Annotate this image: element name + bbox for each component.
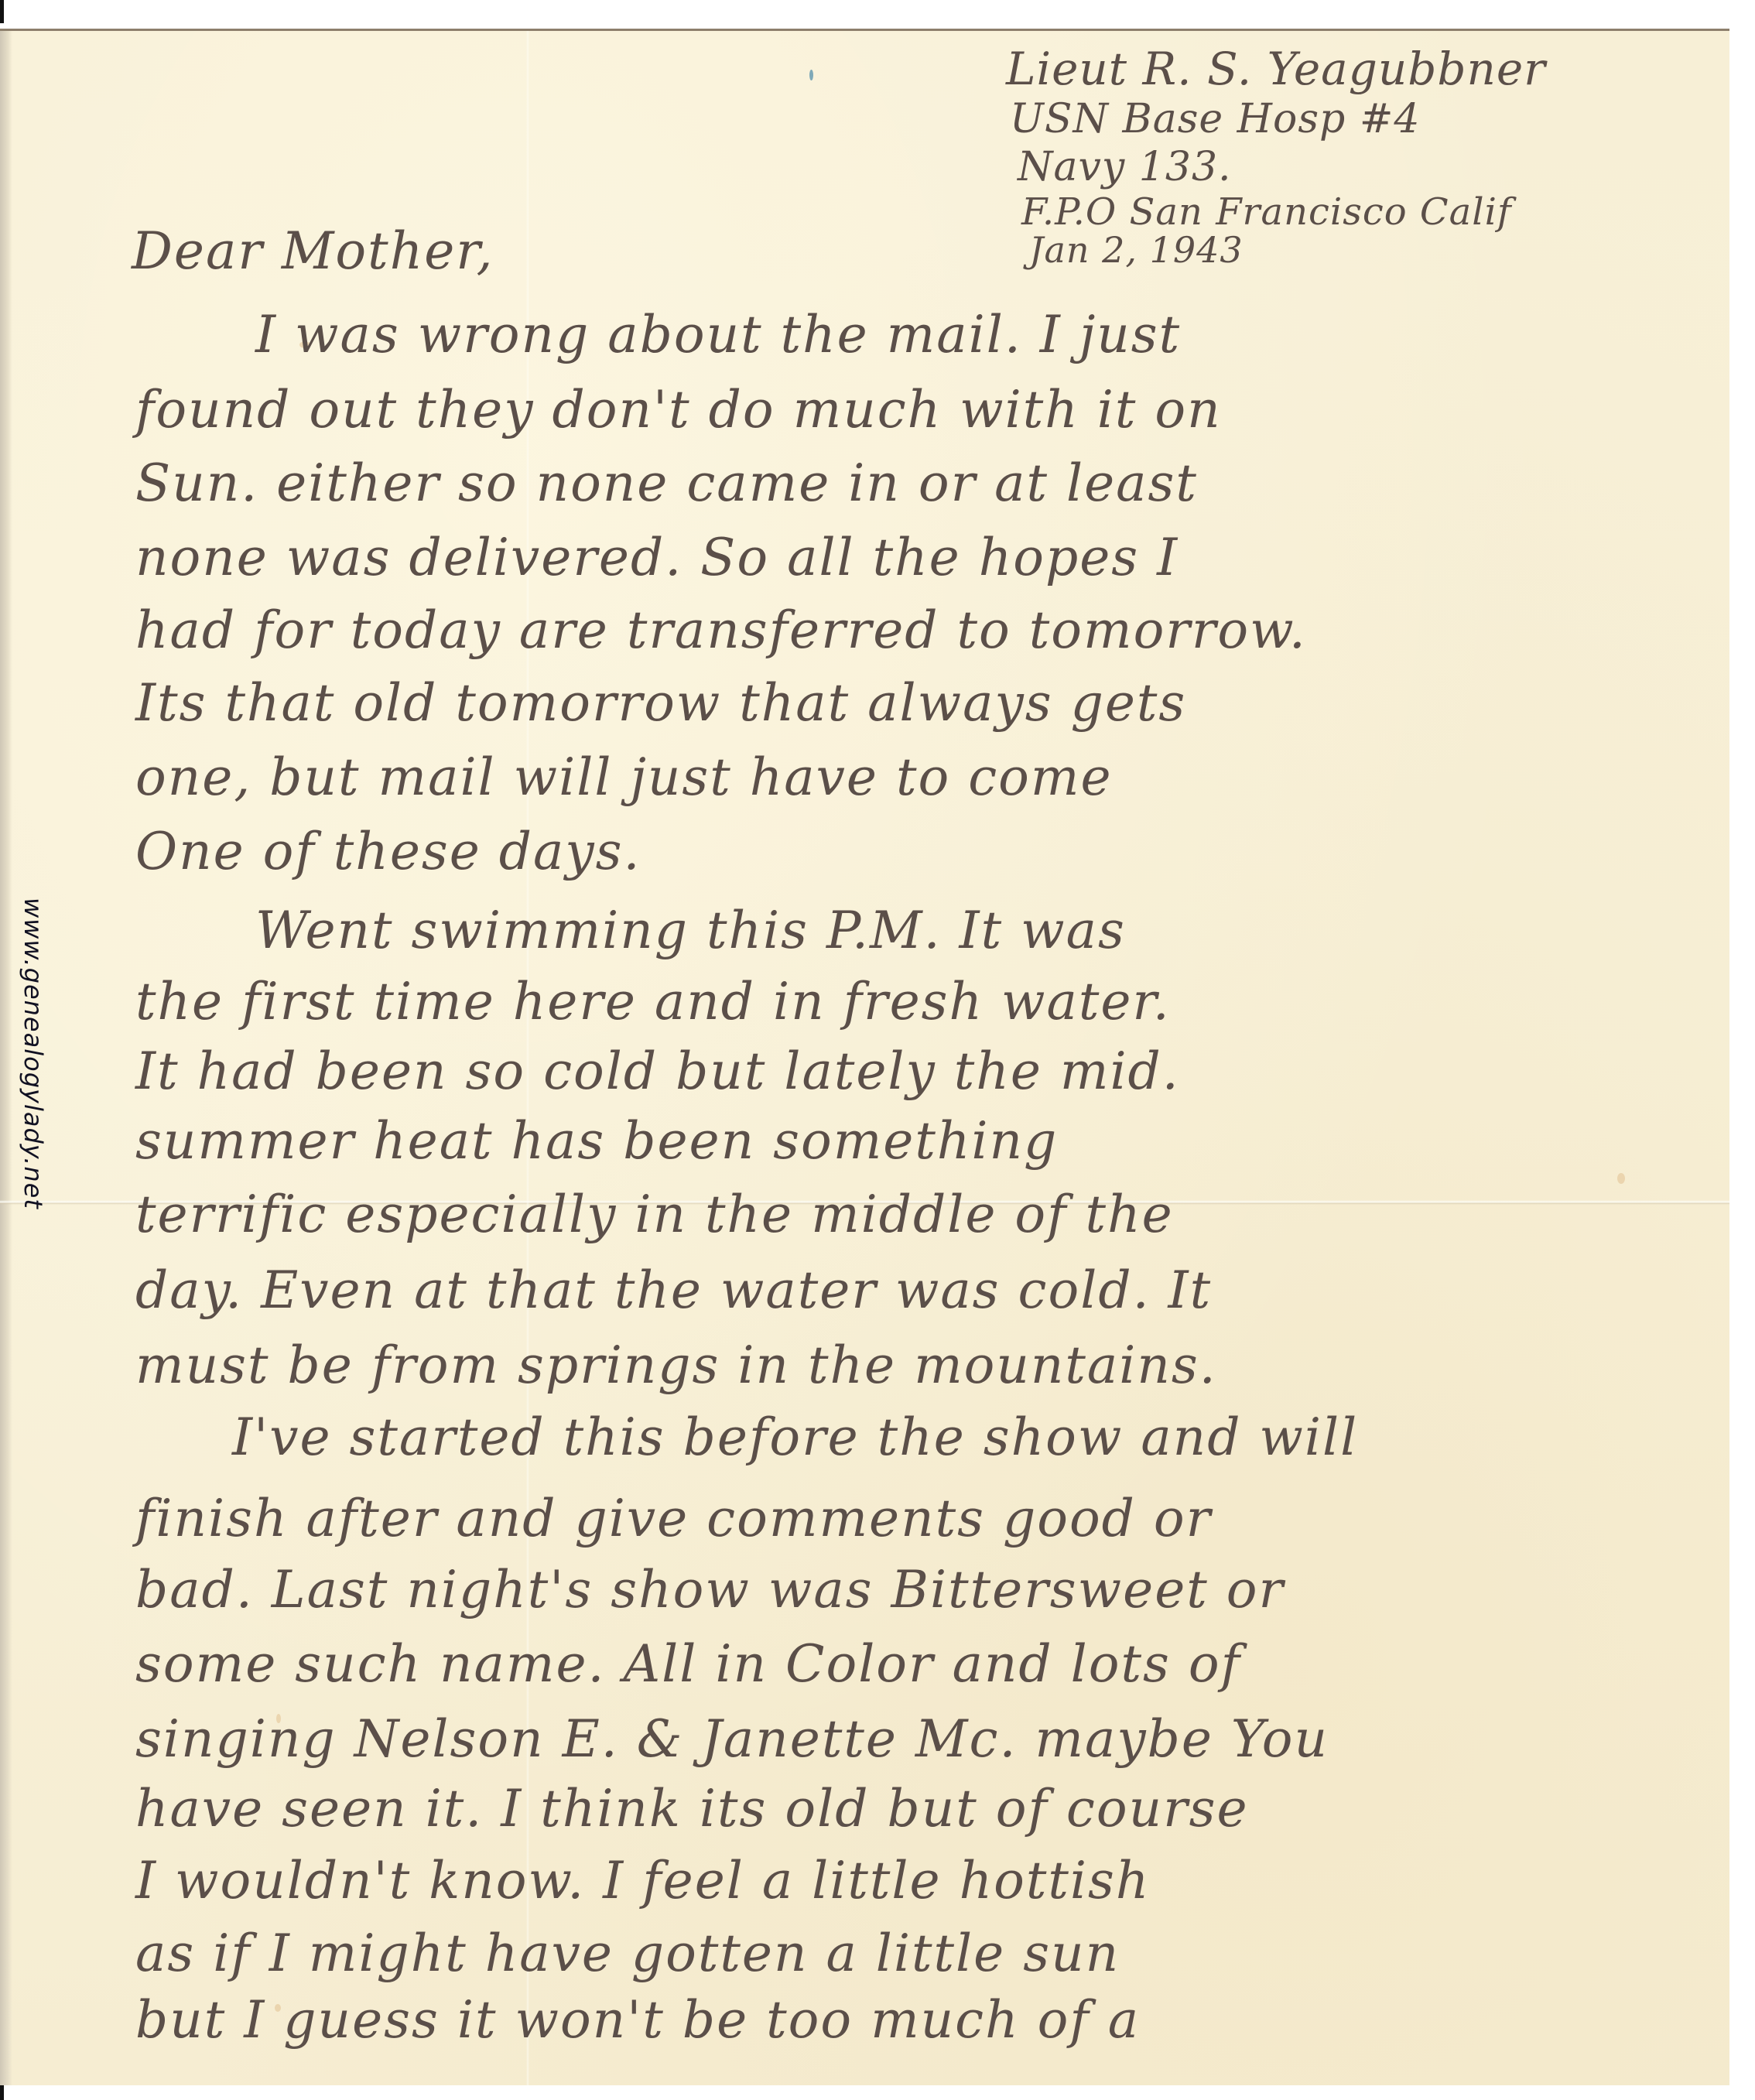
watermark-text: www.genealogylady.net: [14, 898, 48, 1207]
salutation: Dear Mother,: [132, 226, 494, 277]
scan-edge-shadow: [0, 31, 12, 2085]
body-line: bad. Last night's show was Bittersweet o…: [135, 1565, 1285, 1616]
body-line: found out they don't do much with it on: [135, 385, 1222, 436]
body-line: some such name. All in Color and lots of: [135, 1639, 1241, 1690]
body-line: but I guess it won't be too much of a: [135, 1995, 1140, 2046]
body-line: none was delivered. So all the hopes I: [135, 532, 1179, 583]
body-line: day. Even at that the water was cold. It: [135, 1265, 1212, 1316]
body-line: summer heat has been something: [135, 1116, 1058, 1167]
body-line: have seen it. I think its old but of cou…: [135, 1784, 1249, 1835]
body-line: singing Nelson E. & Janette Mc. maybe Yo…: [135, 1714, 1329, 1765]
body-line: One of these days.: [135, 826, 641, 877]
paper-stain: [1617, 1173, 1625, 1184]
ink-speck: [809, 70, 813, 80]
body-line: the first time here and in fresh water.: [135, 976, 1171, 1028]
body-line: I wouldn't know. I feel a little hottish: [135, 1855, 1150, 1907]
body-line: Sun. either so none came in or at least: [135, 458, 1198, 509]
body-line: one, but mail will just have to come: [135, 752, 1113, 803]
body-line: had for today are transferred to tomorro…: [135, 605, 1307, 656]
body-line: Went swimming this P.M. It was: [255, 905, 1126, 956]
sender-fpo: F.P.O San Francisco Calif: [1021, 193, 1512, 231]
body-line: must be from springs in the mountains.: [135, 1340, 1217, 1391]
sender-name: Lieut R. S. Yeagubbner: [1006, 46, 1546, 91]
body-line: Its that old tomorrow that always gets: [135, 678, 1186, 729]
sender-unit: USN Base Hosp #4: [1010, 99, 1421, 139]
scan-edge-mark: [0, 0, 4, 23]
body-line: terrific especially in the middle of the: [135, 1189, 1174, 1240]
letter-date: Jan 2, 1943: [1029, 232, 1244, 268]
sender-navy-number: Navy 133.: [1018, 147, 1232, 187]
body-line: finish after and give comments good or: [135, 1493, 1212, 1544]
scan-edge-mark: [0, 2085, 4, 2100]
body-line: It had been so cold but lately the mid.: [135, 1046, 1180, 1097]
body-line: as if I might have gotten a little sun: [135, 1928, 1120, 1979]
body-line: I was wrong about the mail. I just: [255, 310, 1181, 361]
body-line: I've started this before the show and wi…: [232, 1412, 1358, 1463]
